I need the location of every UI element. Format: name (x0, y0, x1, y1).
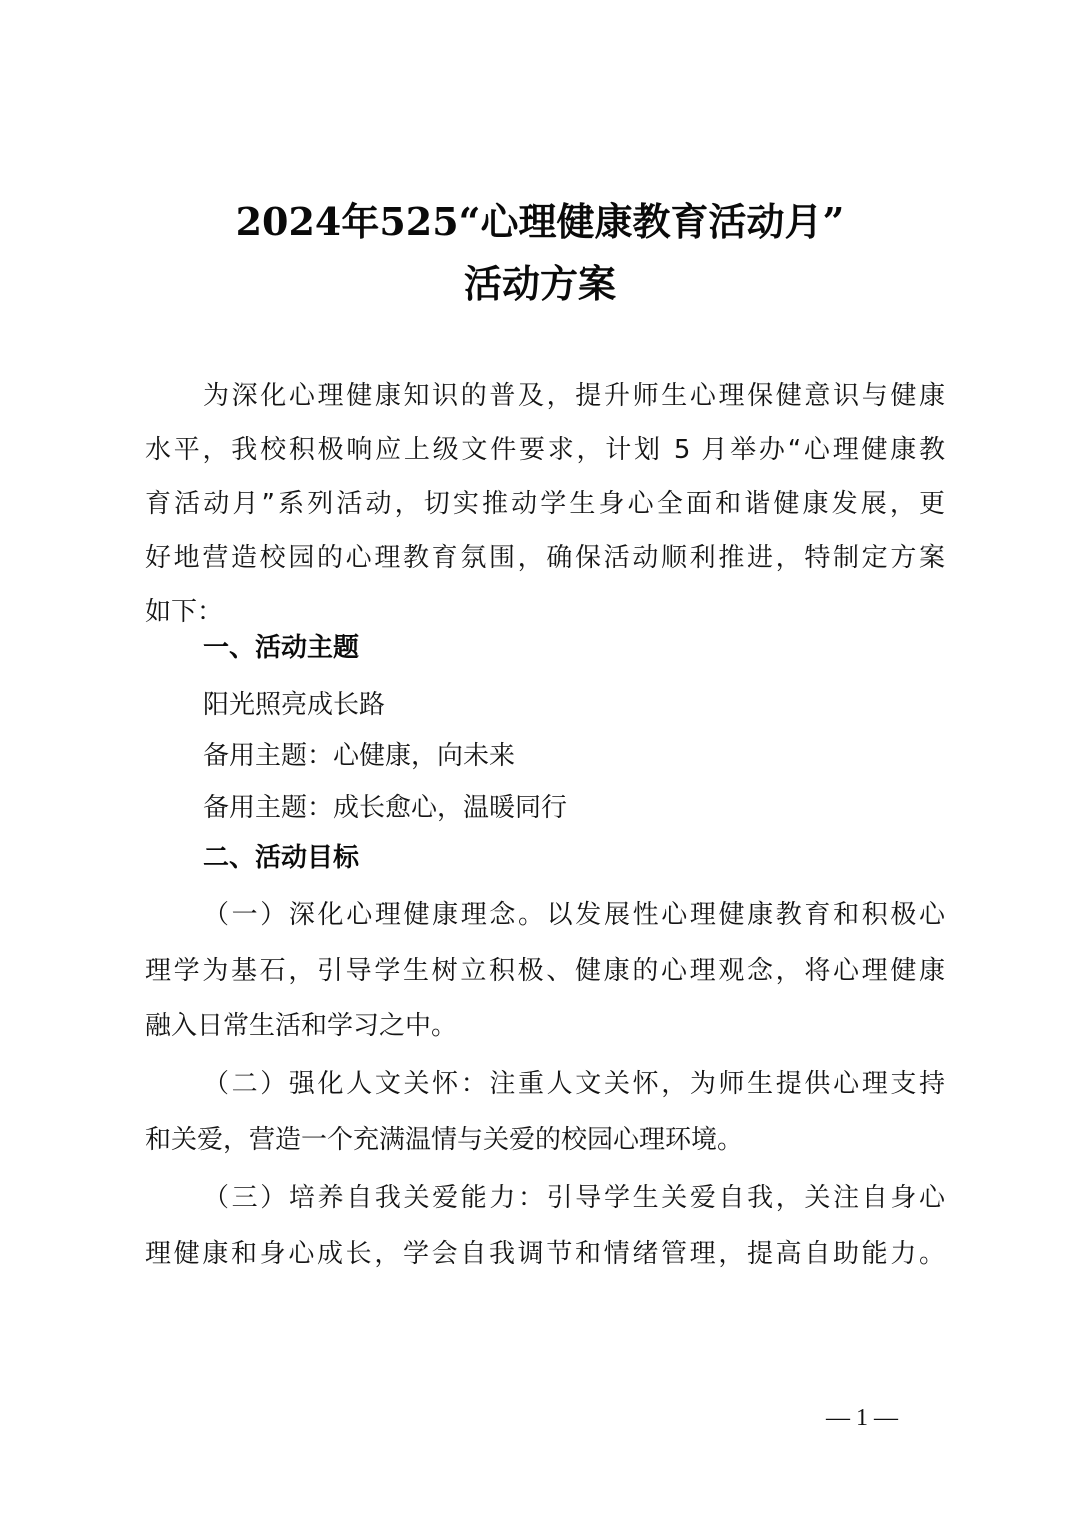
goal2-line-1: （二）强化人文关怀：注重人文关怀，为师生提供心理支持 (203, 1066, 945, 1102)
goal1-line-3: 融入日常生活和学习之中。 (145, 1008, 457, 1044)
section-heading-theme: 一、活动主题 (203, 630, 359, 666)
intro-line-2: 水平，我校积极响应上级文件要求，计划 5 月举办“心理健康教 (145, 432, 945, 468)
document-page: 2024年525“心理健康教育活动月” 活动方案 为深化心理健康知识的普及，提升… (0, 0, 1080, 1527)
document-title-line-1: 2024年525“心理健康教育活动月” (0, 198, 1080, 246)
intro-line-5: 如下： (145, 594, 223, 630)
goal1-line-1: （一）深化心理健康理念。以发展性心理健康教育和积极心 (203, 897, 945, 933)
alt-theme-2: 备用主题：成长愈心，温暖同行 (203, 790, 567, 826)
goal3-line-1: （三）培养自我关爱能力：引导学生关爱自我，关注自身心 (203, 1180, 945, 1216)
document-title-line-2: 活动方案 (0, 260, 1080, 308)
alt-theme-1: 备用主题：心健康，向未来 (203, 738, 515, 774)
intro-line-3: 育活动月”系列活动，切实推动学生身心全面和谐健康发展，更 (145, 486, 945, 522)
goal1-line-2: 理学为基石，引导学生树立积极、健康的心理观念，将心理健康 (145, 953, 945, 989)
intro-line-4: 好地营造校园的心理教育氛围，确保活动顺利推进，特制定方案 (145, 540, 945, 576)
main-theme: 阳光照亮成长路 (203, 687, 385, 723)
goal3-line-2: 理健康和身心成长，学会自我调节和情绪管理，提高自助能力。 (145, 1236, 945, 1272)
goal2-line-2: 和关爱，营造一个充满温情与关爱的校园心理环境。 (145, 1122, 743, 1158)
page-number: — 1 — (812, 1403, 912, 1433)
section-heading-goals: 二、活动目标 (203, 840, 359, 876)
intro-line-1: 为深化心理健康知识的普及，提升师生心理保健意识与健康 (203, 378, 945, 414)
